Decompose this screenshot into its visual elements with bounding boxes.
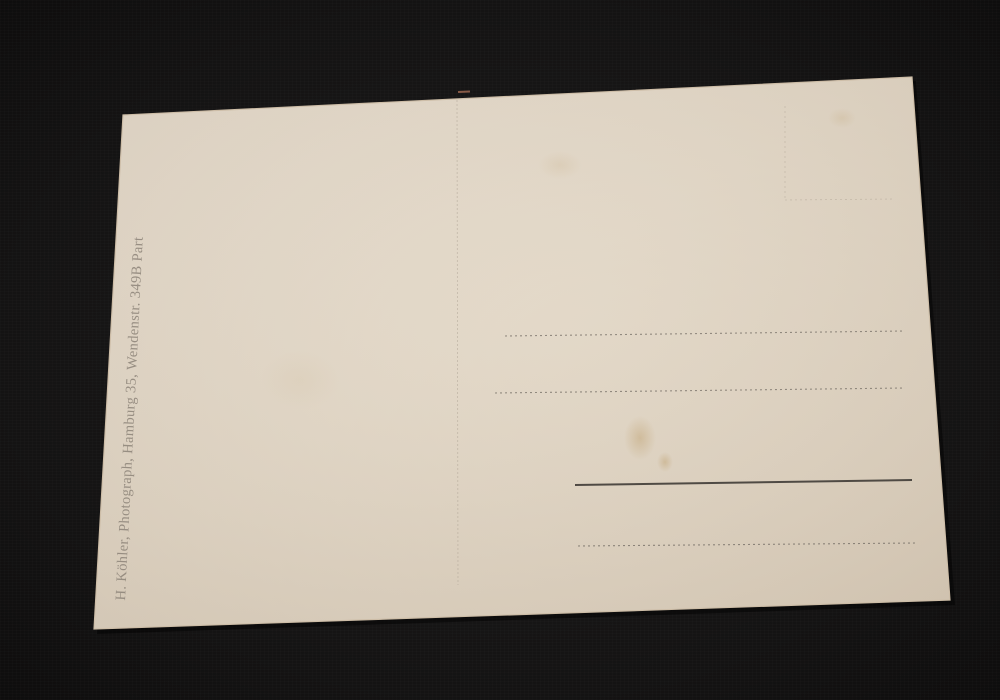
postcard	[0, 0, 1000, 700]
edge-mark	[458, 92, 470, 93]
